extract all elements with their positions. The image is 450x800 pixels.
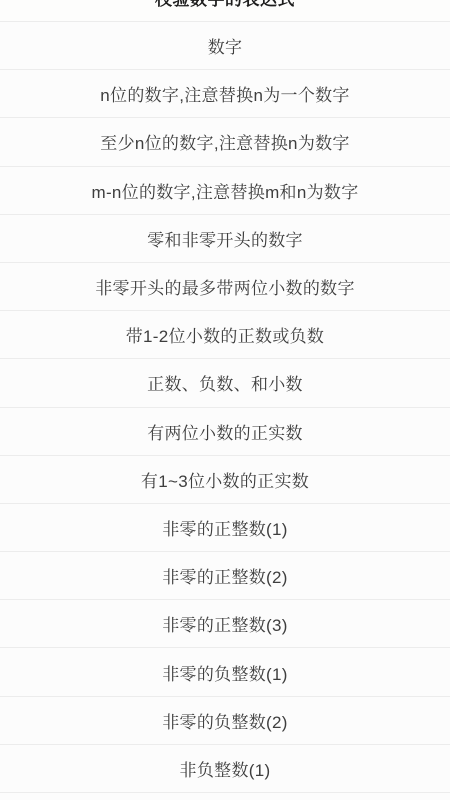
- list-item-label: 非零开头的最多带两位小数的数字: [95, 274, 355, 299]
- list-item-label: m-n位的数字,注意替换m和n为数字: [91, 178, 358, 203]
- regex-category-list: 数字 n位的数字,注意替换n为一个数字 至少n位的数字,注意替换n为数字 m-n…: [0, 22, 450, 793]
- list-item[interactable]: 非零开头的最多带两位小数的数字: [0, 263, 450, 311]
- list-item-label: 非负整数(1): [180, 756, 271, 781]
- list-item[interactable]: 有1~3位小数的正实数: [0, 456, 450, 504]
- list-item[interactable]: 至少n位的数字,注意替换n为数字: [0, 118, 450, 166]
- list-item-label: n位的数字,注意替换n为一个数字: [100, 81, 349, 106]
- list-item-label: 正数、负数、和小数: [147, 370, 303, 395]
- list-item[interactable]: 非零的负整数(2): [0, 697, 450, 745]
- list-item-label: 带1-2位小数的正数或负数: [126, 322, 324, 347]
- list-item-label: 有1~3位小数的正实数: [141, 467, 309, 492]
- list-item-label: 零和非零开头的数字: [147, 226, 303, 251]
- list-item[interactable]: 正数、负数、和小数: [0, 359, 450, 407]
- list-item-label: 至少n位的数字,注意替换n为数字: [100, 129, 349, 154]
- header: 校验数字的表达式: [0, 0, 450, 22]
- list-item[interactable]: m-n位的数字,注意替换m和n为数字: [0, 167, 450, 215]
- list-item-label: 非零的负整数(2): [162, 708, 287, 733]
- list-item-label: 非零的正整数(2): [162, 563, 287, 588]
- list-item[interactable]: 非零的正整数(2): [0, 552, 450, 600]
- list-item-label: 有两位小数的正实数: [147, 419, 303, 444]
- list-item[interactable]: 非零的负整数(1): [0, 648, 450, 696]
- list-item[interactable]: 数字: [0, 22, 450, 70]
- list-item[interactable]: 非零的正整数(3): [0, 600, 450, 648]
- list-item[interactable]: 零和非零开头的数字: [0, 215, 450, 263]
- page-title: 校验数字的表达式: [0, 0, 450, 8]
- list-item-label: 非零的负整数(1): [162, 660, 287, 685]
- app-screen: 校验数字的表达式 数字 n位的数字,注意替换n为一个数字 至少n位的数字,注意替…: [0, 0, 450, 800]
- list-item[interactable]: 有两位小数的正实数: [0, 408, 450, 456]
- list-item-label: 数字: [208, 33, 243, 58]
- list-item-label: 非零的正整数(3): [162, 611, 287, 636]
- list-item[interactable]: 非负整数(1): [0, 745, 450, 793]
- list-item[interactable]: 带1-2位小数的正数或负数: [0, 311, 450, 359]
- list-item[interactable]: 非零的正整数(1): [0, 504, 450, 552]
- list-item-label: 非零的正整数(1): [162, 515, 287, 540]
- list-item[interactable]: n位的数字,注意替换n为一个数字: [0, 70, 450, 118]
